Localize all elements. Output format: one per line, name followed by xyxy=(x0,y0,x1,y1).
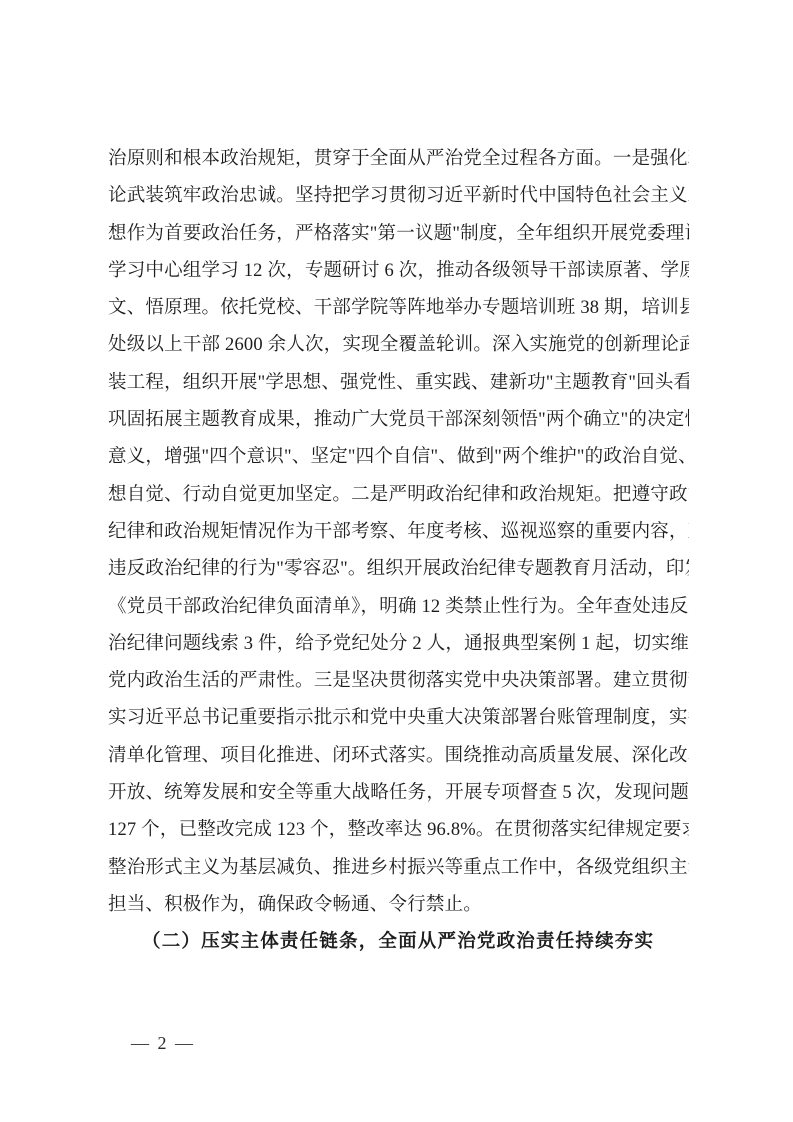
body-line: 装工程，组织开展"学思想、强党性、重实践、建新功"主题教育"回头看"， xyxy=(108,365,689,402)
body-line: 整治形式主义为基层减负、推进乡村振兴等重点工作中，各级党组织主动 xyxy=(108,850,689,887)
page-number: — 2 — xyxy=(131,1033,195,1054)
body-line: 学习中心组学习 12 次，专题研讨 6 次，推动各级领导干部读原著、学原 xyxy=(108,253,689,290)
body-line: 担当、积极作为，确保政令畅通、令行禁止。 xyxy=(108,887,689,924)
body-line: 治纪律问题线索 3 件，给予党纪处分 2 人，通报典型案例 1 起，切实维护 xyxy=(108,626,689,663)
body-line: 实习近平总书记重要指示批示和党中央重大决策部署台账管理制度，实行 xyxy=(108,700,689,737)
body-line: 《党员干部政治纪律负面清单》，明确 12 类禁止性行为。全年查处违反政 xyxy=(108,589,689,626)
document-page: 治原则和根本政治规矩，贯穿于全面从严治党全过程各方面。一是强化理 论武装筑牢政治… xyxy=(0,0,793,1122)
body-line: 清单化管理、项目化推进、闭环式落实。围绕推动高质量发展、深化改革 xyxy=(108,738,689,775)
body-line: 治原则和根本政治规矩，贯穿于全面从严治党全过程各方面。一是强化理 xyxy=(108,141,689,178)
body-line: 党内政治生活的严肃性。三是坚决贯彻落实党中央决策部署。建立贯彻落 xyxy=(108,663,689,700)
body-line: 开放、统筹发展和安全等重大战略任务，开展专项督查 5 次，发现问题 xyxy=(108,775,689,812)
body-line: 想作为首要政治任务，严格落实"第一议题"制度，全年组织开展党委理论 xyxy=(108,216,689,253)
body-line: 违反政治纪律的行为"零容忍"。组织开展政治纪律专题教育月活动，印发 xyxy=(108,551,689,588)
body-line: 巩固拓展主题教育成果，推动广大党员干部深刻领悟"两个确立"的决定性 xyxy=(108,402,689,439)
body-line: 论武装筑牢政治忠诚。坚持把学习贯彻习近平新时代中国特色社会主义思 xyxy=(108,178,689,215)
body-line: 想自觉、行动自觉更加坚定。二是严明政治纪律和政治规矩。把遵守政治 xyxy=(108,477,689,514)
body-line: 文、悟原理。依托党校、干部学院等阵地举办专题培训班 38 期，培训县 xyxy=(108,290,689,327)
body-line: 处级以上干部 2600 余人次，实现全覆盖轮训。深入实施党的创新理论武 xyxy=(108,327,689,364)
section-heading: （二）压实主体责任链条，全面从严治党政治责任持续夯实 xyxy=(108,924,689,961)
body-paragraph: 治原则和根本政治规矩，贯穿于全面从严治党全过程各方面。一是强化理 论武装筑牢政治… xyxy=(108,141,689,962)
body-line: 纪律和政治规矩情况作为干部考察、年度考核、巡视巡察的重要内容，对 xyxy=(108,514,689,551)
body-line: 意义，增强"四个意识"、坚定"四个自信"、做到"两个维护"的政治自觉、思 xyxy=(108,439,689,476)
body-line: 127 个，已整改完成 123 个，整改率达 96.8%。在贯彻落实纪律规定要求… xyxy=(108,812,689,849)
